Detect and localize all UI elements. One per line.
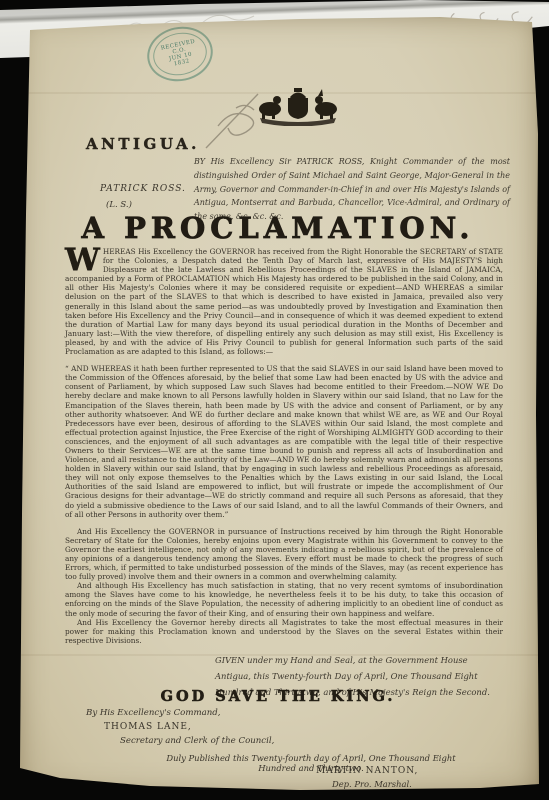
proclamation-paper: RECEIVED C.O. JUN 10 1832 <box>16 14 540 796</box>
marshal-name: MARTIN NANTON, <box>316 766 418 776</box>
secretary-title: Secretary and Clerk of the Council, <box>120 736 274 746</box>
proclamation-body: WHEREAS His Excellency the GOVERNOR has … <box>65 247 503 700</box>
paragraph-whereas: WHEREAS His Excellency the GOVERNOR has … <box>65 247 503 356</box>
paragraph-although: And although His Excellency has much sat… <box>65 581 503 617</box>
proclamation-title: A PROCLAMATION. <box>16 211 540 245</box>
paragraph-text: HEREAS His Excellency the GOVERNOR has r… <box>65 247 503 356</box>
paragraph-directs: And His Excellency the Governor hereby d… <box>65 618 503 645</box>
received-date-stamp-text: RECEIVED C.O. JUN 10 1832 <box>149 28 211 80</box>
governor-signature: PATRICK ROSS. <box>100 184 186 194</box>
paragraph-instructions: And His Excellency the GOVERNOR in pursu… <box>65 527 503 582</box>
drop-cap: W <box>65 248 100 272</box>
marshal-title: Dep. Pro. Marshal. <box>332 779 412 789</box>
publication-line: Duly Published this Twenty-fourth day of… <box>156 753 466 773</box>
colony-heading: ANTIGUA. <box>86 135 200 153</box>
by-command-line: By His Excellency's Command, <box>86 708 221 718</box>
secretary-name: THOMAS LANE, <box>104 722 192 732</box>
god-save-the-king: GOD SAVE THE KING. <box>16 688 540 705</box>
royal-coat-of-arms-icon <box>250 84 346 126</box>
scanned-document-scene: RECEIVED C.O. JUN 10 1832 <box>0 0 549 800</box>
seal-mark: (L. S.) <box>106 200 132 210</box>
received-date-stamp: RECEIVED C.O. JUN 10 1832 <box>142 21 218 88</box>
paragraph-quoted-proclamation: “ AND WHEREAS it hath been further repre… <box>65 364 503 519</box>
